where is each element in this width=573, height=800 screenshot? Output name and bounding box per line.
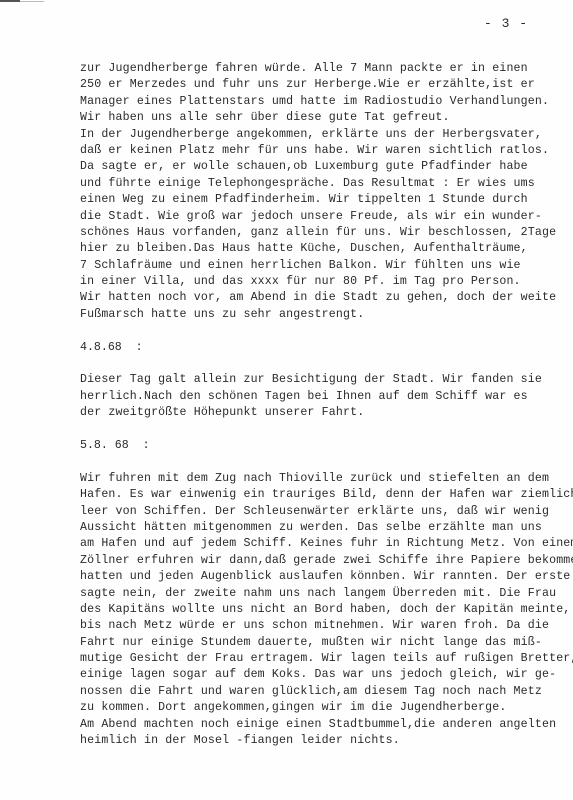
text-line: leer von Schiffen. Der Schleusenwärter e… — [80, 504, 560, 520]
text-line: 7 Schlafräume und einen herrlichen Balko… — [80, 258, 560, 274]
text-line: Fußmarsch hatte uns zu sehr angestrengt. — [80, 307, 560, 323]
text-line: sagte nein, der zweite nahm uns nach lan… — [80, 586, 560, 602]
text-line: zur Jugendherberge fahren würde. Alle 7 … — [80, 61, 560, 77]
text-line: Wir haben uns alle sehr über diese gute … — [80, 110, 560, 126]
text-line: 250 er Merzedes und fuhr uns zur Herberg… — [80, 77, 560, 93]
date-heading-4-8-68: 4.8.68 : — [80, 340, 560, 356]
text-line: hatten und jeden Augenblick auslaufen kö… — [80, 569, 560, 585]
text-line: Hafen. Es war einwenig ein trauriges Bil… — [80, 487, 560, 503]
paragraph-gap — [80, 323, 560, 339]
text-line: daß er keinen Platz mehr für uns habe. W… — [80, 143, 560, 159]
text-line: zu kommen. Dort angekommen,gingen wir im… — [80, 700, 560, 716]
text-line: Am Abend machten noch einige einen Stadt… — [80, 717, 560, 733]
text-line: und führte einige Telephongespräche. Das… — [80, 176, 560, 192]
text-line: nossen die Fahrt und waren glücklich,am … — [80, 684, 560, 700]
text-line: Manager eines Plattenstars umd hatte im … — [80, 94, 560, 110]
text-line: der zweitgrößte Höhepunkt unserer Fahrt. — [80, 405, 560, 421]
date-heading-5-8-68: 5.8. 68 : — [80, 438, 560, 454]
text-line: des Kapitäns wollte uns nicht an Bord ha… — [80, 602, 560, 618]
text-line: bis nach Metz würde er uns schon mitnehm… — [80, 618, 560, 634]
paragraph-trip-to-metz: Wir fuhren mit dem Zug nach Thioville zu… — [80, 471, 560, 750]
text-line: Fahrt nur einige Stundem dauerte, mußten… — [80, 635, 560, 651]
text-line: Aussicht hätten mitgenommen zu werden. D… — [80, 520, 560, 536]
text-line: Wir hatten noch vor, am Abend in die Sta… — [80, 290, 560, 306]
text-line: einige lagen sogar auf dem Koks. Das war… — [80, 667, 560, 683]
paragraph-gap — [80, 422, 560, 438]
text-line: schönes Haus vorfanden, ganz allein für … — [80, 225, 560, 241]
text-line: herrlich.Nach den schönen Tagen bei Ihne… — [80, 389, 560, 405]
page-number: - 3 - — [484, 16, 528, 31]
paragraph-gap — [80, 454, 560, 470]
document-page: - 3 - zur Jugendherberge fahren würde. A… — [0, 0, 573, 800]
letter-body: zur Jugendherberge fahren würde. Alle 7 … — [80, 61, 560, 749]
text-line: hier zu bleiben.Das Haus hatte Küche, Du… — [80, 241, 560, 257]
paragraph-gap — [80, 356, 560, 372]
text-line: am Hafen und auf jedem Schiff. Keines fu… — [80, 536, 560, 552]
text-line: mutige Gesicht der Frau ertragem. Wir la… — [80, 651, 560, 667]
text-line: einen Weg zu einem Pfadfinderheim. Wir t… — [80, 192, 560, 208]
paragraph-arrival-luxemburg: zur Jugendherberge fahren würde. Alle 7 … — [80, 61, 560, 323]
text-line: Wir fuhren mit dem Zug nach Thioville zu… — [80, 471, 560, 487]
text-line: heimlich in der Mosel -fiangen leider ni… — [80, 733, 560, 749]
text-line: Da sagte er, er wolle schauen,ob Luxembu… — [80, 159, 560, 175]
scan-artifact — [0, 0, 20, 2]
text-line: in einer Villa, und das xxxx für nur 80 … — [80, 274, 560, 290]
text-line: Zöllner erfuhren wir dann,daß gerade zwe… — [80, 553, 560, 569]
text-line: Dieser Tag galt allein zur Besichtigung … — [80, 372, 560, 388]
text-line: die Stadt. Wie groß war jedoch unsere Fr… — [80, 209, 560, 225]
scan-artifact — [20, 1, 44, 2]
text-line: In der Jugendherberge angekommen, erklär… — [80, 127, 560, 143]
paragraph-city-visit: Dieser Tag galt allein zur Besichtigung … — [80, 372, 560, 421]
